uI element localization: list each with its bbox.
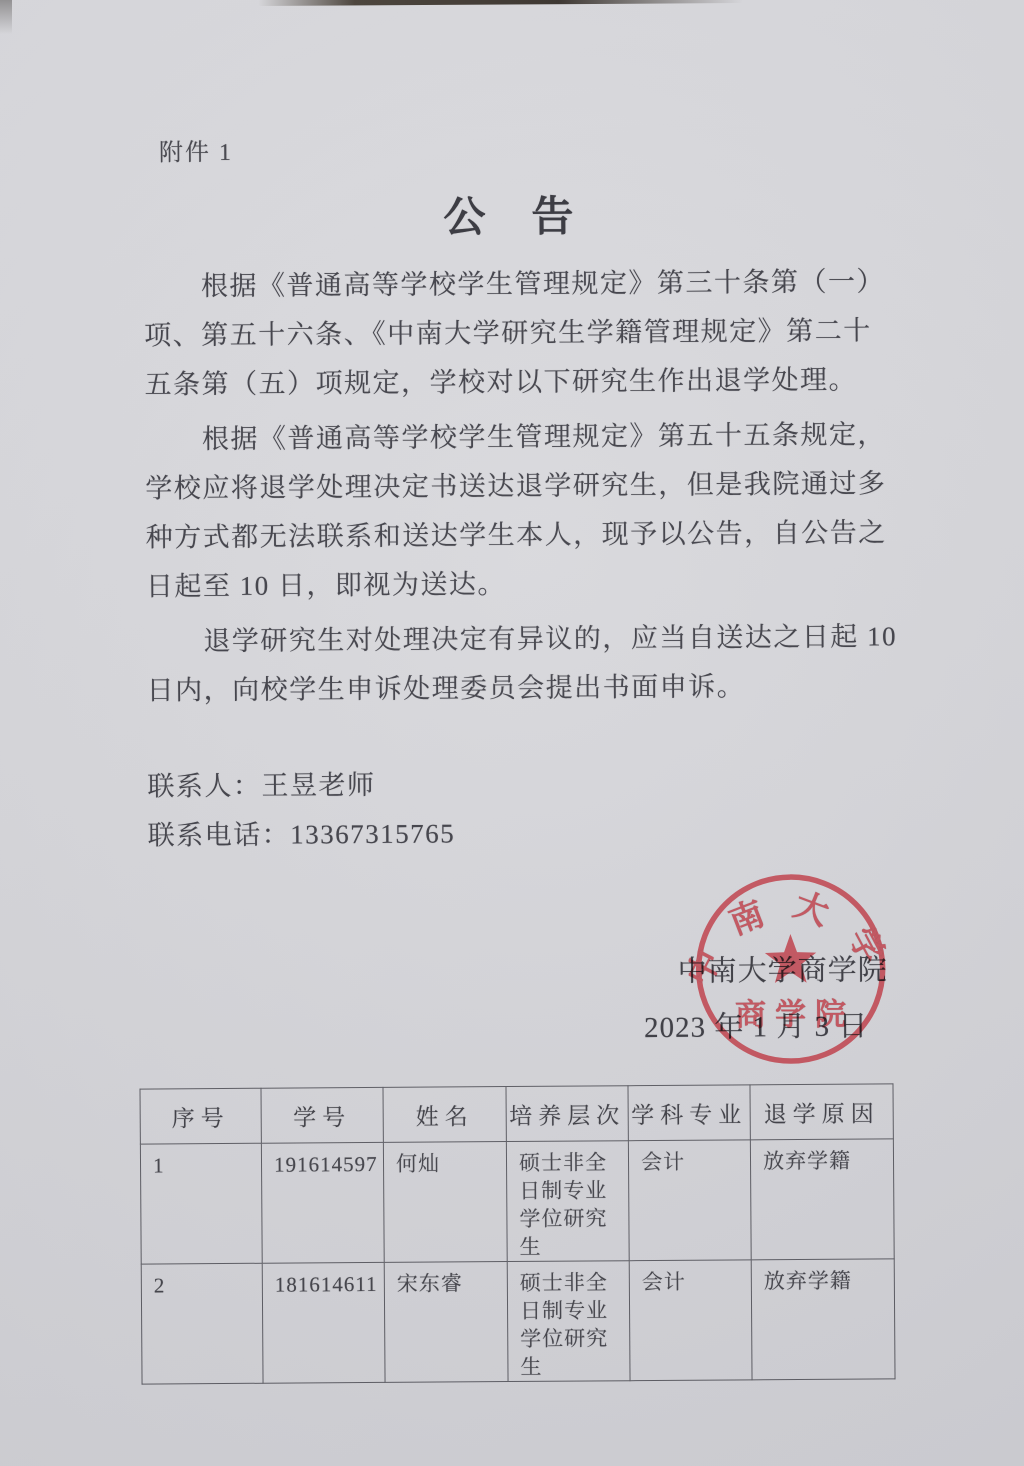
paragraph-line: 根据《普通高等学校学生管理规定》第三十条第（一） — [144, 257, 884, 311]
paragraph-line: 日起至 10 日，即视为送达。 — [146, 557, 886, 611]
paragraph-line: 日内，向校学生申诉处理委员会提出书面申诉。 — [147, 661, 887, 715]
body-paragraphs: 根据《普通高等学校学生管理规定》第三十条第（一）项、第五十六条、《中南大学研究生… — [144, 257, 887, 721]
table-row: 2181614611宋东睿硕士非全日制专业学位研究生会计放弃学籍 — [141, 1259, 895, 1384]
scanned-notice-page: 附件 1 公告 根据《普通高等学校学生管理规定》第三十条第（一）项、第五十六条、… — [0, 0, 1024, 1466]
paragraph-line: 根据《普通高等学校学生管理规定》第五十五条规定， — [145, 410, 885, 464]
contact-person-line: 联系人：王昱老师 — [147, 763, 375, 804]
students-table: 序号学号姓名培养层次学科专业退学原因 1191614597何灿硕士非全日制专业学… — [139, 1083, 895, 1384]
signature-organization: 中南大学商学院 — [678, 947, 888, 989]
paragraph: 根据《普通高等学校学生管理规定》第三十条第（一）项、第五十六条、《中南大学研究生… — [144, 257, 885, 409]
contact-person-label: 联系人： — [147, 771, 261, 802]
contact-phone-line: 联系电话：13367315765 — [148, 811, 456, 852]
students-table-header: 序号学号姓名培养层次学科专业退学原因 — [140, 1084, 893, 1144]
table-header-cell: 姓名 — [383, 1087, 506, 1143]
table-cell-major: 会计 — [629, 1260, 752, 1381]
table-cell-name: 宋东睿 — [384, 1262, 508, 1383]
table-cell-no: 1 — [140, 1143, 262, 1264]
table-cell-student_id: 181614611 — [262, 1262, 385, 1383]
contact-phone-number: 13367315765 — [290, 818, 455, 849]
paragraph: 退学研究生对处理决定有异议的，应当自送达之日起 10日内，向校学生申诉处理委员会… — [146, 612, 887, 715]
paragraph-line: 项、第五十六条、《中南大学研究生学籍管理规定》第二十 — [144, 306, 884, 360]
document-content: 附件 1 公告 根据《普通高等学校学生管理规定》第三十条第（一）项、第五十六条、… — [0, 0, 1024, 1466]
table-cell-major: 会计 — [628, 1140, 751, 1261]
paragraph-line: 学校应将退学处理决定书送达退学研究生，但是我院通过多 — [145, 459, 885, 513]
table-header-cell: 培养层次 — [506, 1086, 628, 1142]
attachment-label: 附件 1 — [159, 132, 233, 168]
table-cell-name: 何灿 — [383, 1142, 507, 1263]
table-header-cell: 序号 — [140, 1088, 261, 1144]
signature-date: 2023 年 1 月 3 日 — [644, 1004, 869, 1047]
table-header-cell: 学号 — [261, 1087, 383, 1143]
contact-person-name: 王昱老师 — [261, 770, 375, 801]
table-header-cell: 学科专业 — [628, 1085, 750, 1141]
table-cell-reason: 放弃学籍 — [750, 1139, 894, 1260]
table-header-cell: 退学原因 — [750, 1084, 893, 1140]
table-cell-no: 2 — [141, 1263, 263, 1384]
paragraph: 根据《普通高等学校学生管理规定》第五十五条规定，学校应将退学处理决定书送达退学研… — [145, 410, 886, 611]
document-title: 公告 — [0, 180, 1021, 247]
table-cell-student_id: 191614597 — [261, 1142, 384, 1263]
table-cell-program_level: 硕士非全日制专业学位研究生 — [506, 1141, 629, 1262]
table-cell-program_level: 硕士非全日制专业学位研究生 — [507, 1261, 630, 1382]
table-cell-reason: 放弃学籍 — [751, 1259, 895, 1380]
contact-phone-label: 联系电话： — [148, 820, 291, 851]
paragraph-line: 种方式都无法联系和送达学生本人，现予以公告，自公告之 — [145, 508, 885, 562]
paragraph-line: 退学研究生对处理决定有异议的，应当自送达之日起 10 — [146, 612, 886, 666]
table-row: 1191614597何灿硕士非全日制专业学位研究生会计放弃学籍 — [140, 1139, 894, 1264]
paragraph-line: 五条第（五）项规定，学校对以下研究生作出退学处理。 — [144, 355, 884, 409]
